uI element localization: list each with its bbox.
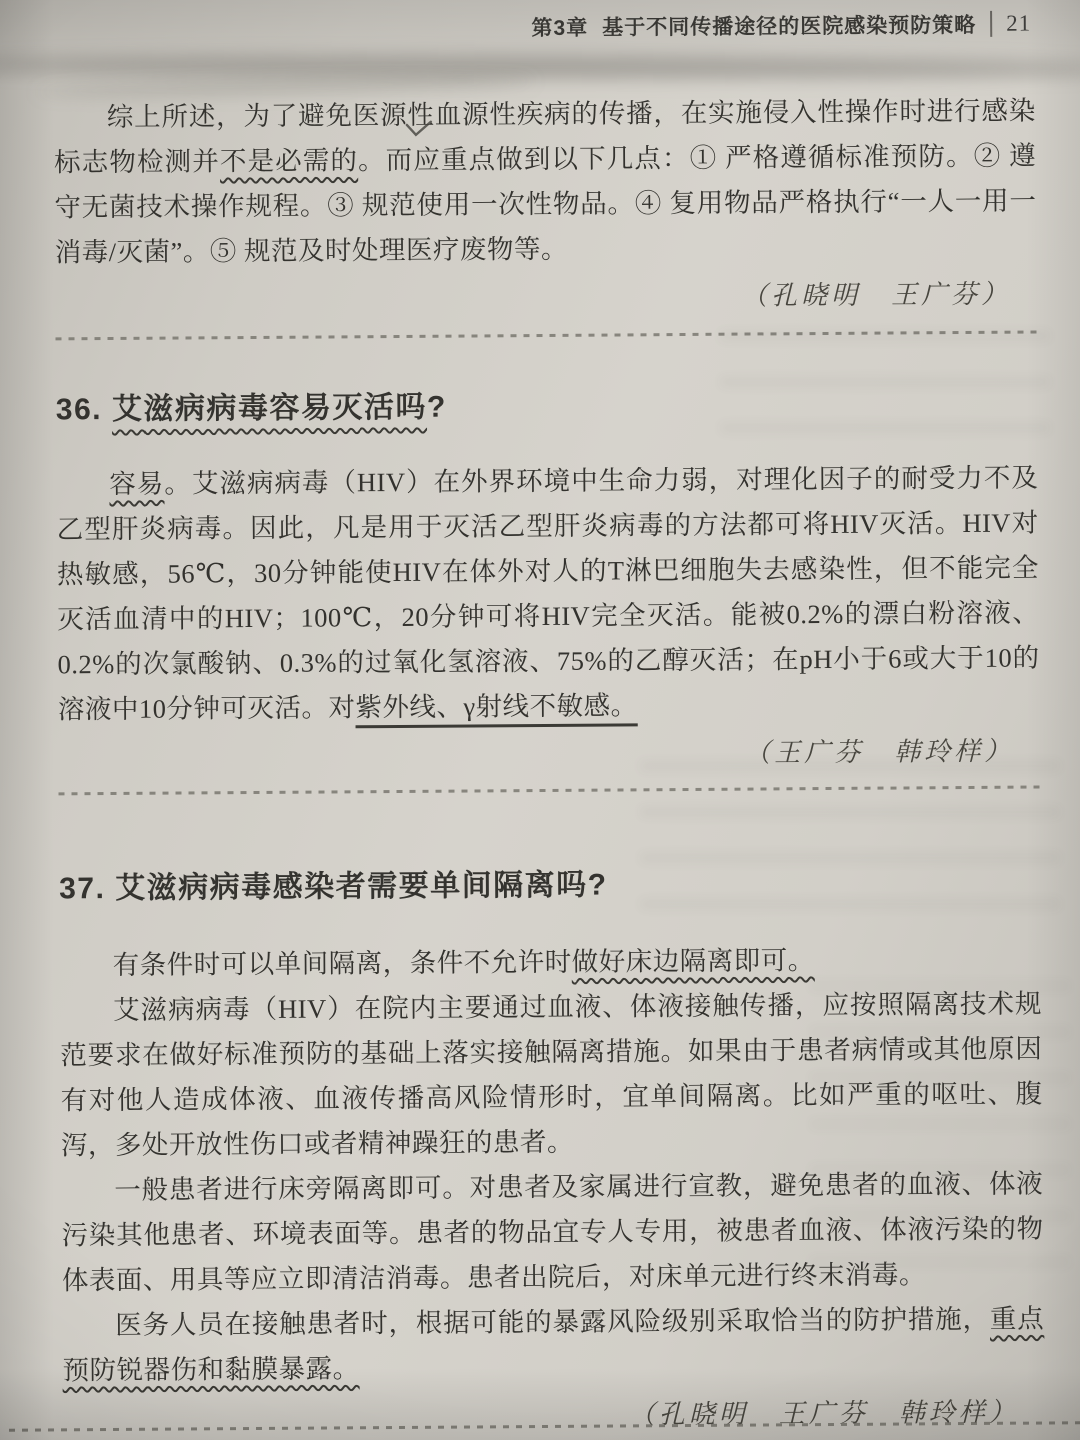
question-36-number: 36. bbox=[56, 393, 102, 426]
pen-wavy-underline: 不是必需的 bbox=[220, 145, 358, 176]
dashed-separator bbox=[58, 786, 1040, 796]
question-37-paragraph-1: 有条件时可以单间隔离，条件不允许时做好床边隔离即可。 bbox=[60, 937, 1042, 989]
pen-wavy-underline: 做好床边隔离即可。 bbox=[572, 945, 815, 977]
question-37-paragraph-2: 艾滋病病毒（HIV）在院内主要通过血液、体液接触传播，应按照隔离技术规范要求在做… bbox=[60, 982, 1043, 1169]
page-crease-shadow bbox=[0, 54, 1080, 80]
answer-text: 。艾滋病病毒（HIV）在外界环境中生命力弱，对理化因子的耐受力不及乙型肝炎病毒。… bbox=[57, 463, 1040, 725]
question-37-number: 37. bbox=[59, 872, 105, 905]
question-36-heading: 36. 艾滋病病毒容易灭活吗? bbox=[56, 384, 1038, 431]
question-37-authors: （孔晓明 王广芬 韩玲样） bbox=[63, 1390, 1045, 1440]
question-37-paragraph-3: 一般患者进行床旁隔离即可。对患者及家属进行宣教，避免患者的血液、体液污染其他患者… bbox=[61, 1161, 1044, 1303]
pen-wavy-underline: 艾滋病病毒容易灭活吗 bbox=[112, 391, 427, 426]
question-36-authors: （王广芬 韩玲样） bbox=[58, 730, 1040, 781]
p1-text: 有条件时可以单间隔离，条件不允许时 bbox=[113, 947, 572, 980]
book-page: 第3章 基于不同传播途径的医院感染预防策略 21 综上所述，为了避免医源性血源性… bbox=[0, 0, 1080, 1440]
intro-authors: （孔晓明 王广芬） bbox=[55, 273, 1037, 324]
p4-text: 医务人员在接触患者时，根据可能的暴露风险级别采取恰当的防护措施， bbox=[115, 1304, 990, 1340]
question-36-answer: 容易。艾滋病病毒（HIV）在外界环境中生命力弱，对理化因子的耐受力不及乙型肝炎病… bbox=[56, 456, 1040, 733]
question-37-title: 艾滋病病毒感染者需要单间隔离吗? bbox=[115, 869, 608, 905]
chapter-label: 第3章 bbox=[531, 12, 588, 42]
page-number: 21 bbox=[1006, 11, 1031, 37]
page-header: 第3章 基于不同传播途径的医院感染预防策略 21 bbox=[0, 0, 1075, 46]
header-divider bbox=[990, 11, 992, 37]
question-37-heading: 37. 艾滋病病毒感染者需要单间隔离吗? bbox=[59, 863, 1041, 910]
intro-paragraph: 综上所述，为了避免医源性血源性疾病的传播，在实施侵入性操作时进行感染标志物检测并… bbox=[54, 89, 1037, 276]
chapter-title: 基于不同传播途径的医院感染预防策略 bbox=[602, 9, 976, 42]
question-36-qmark: ? bbox=[427, 391, 447, 424]
pen-wavy-underline: 容易 bbox=[109, 469, 164, 499]
question-37-paragraph-4: 医务人员在接触患者时，根据可能的暴露风险级别采取恰当的防护措施，重点预防锐器伤和… bbox=[62, 1296, 1045, 1393]
pen-solid-underline: 紫外线、γ射线不敏感。 bbox=[355, 690, 637, 722]
dashed-separator bbox=[55, 331, 1037, 341]
